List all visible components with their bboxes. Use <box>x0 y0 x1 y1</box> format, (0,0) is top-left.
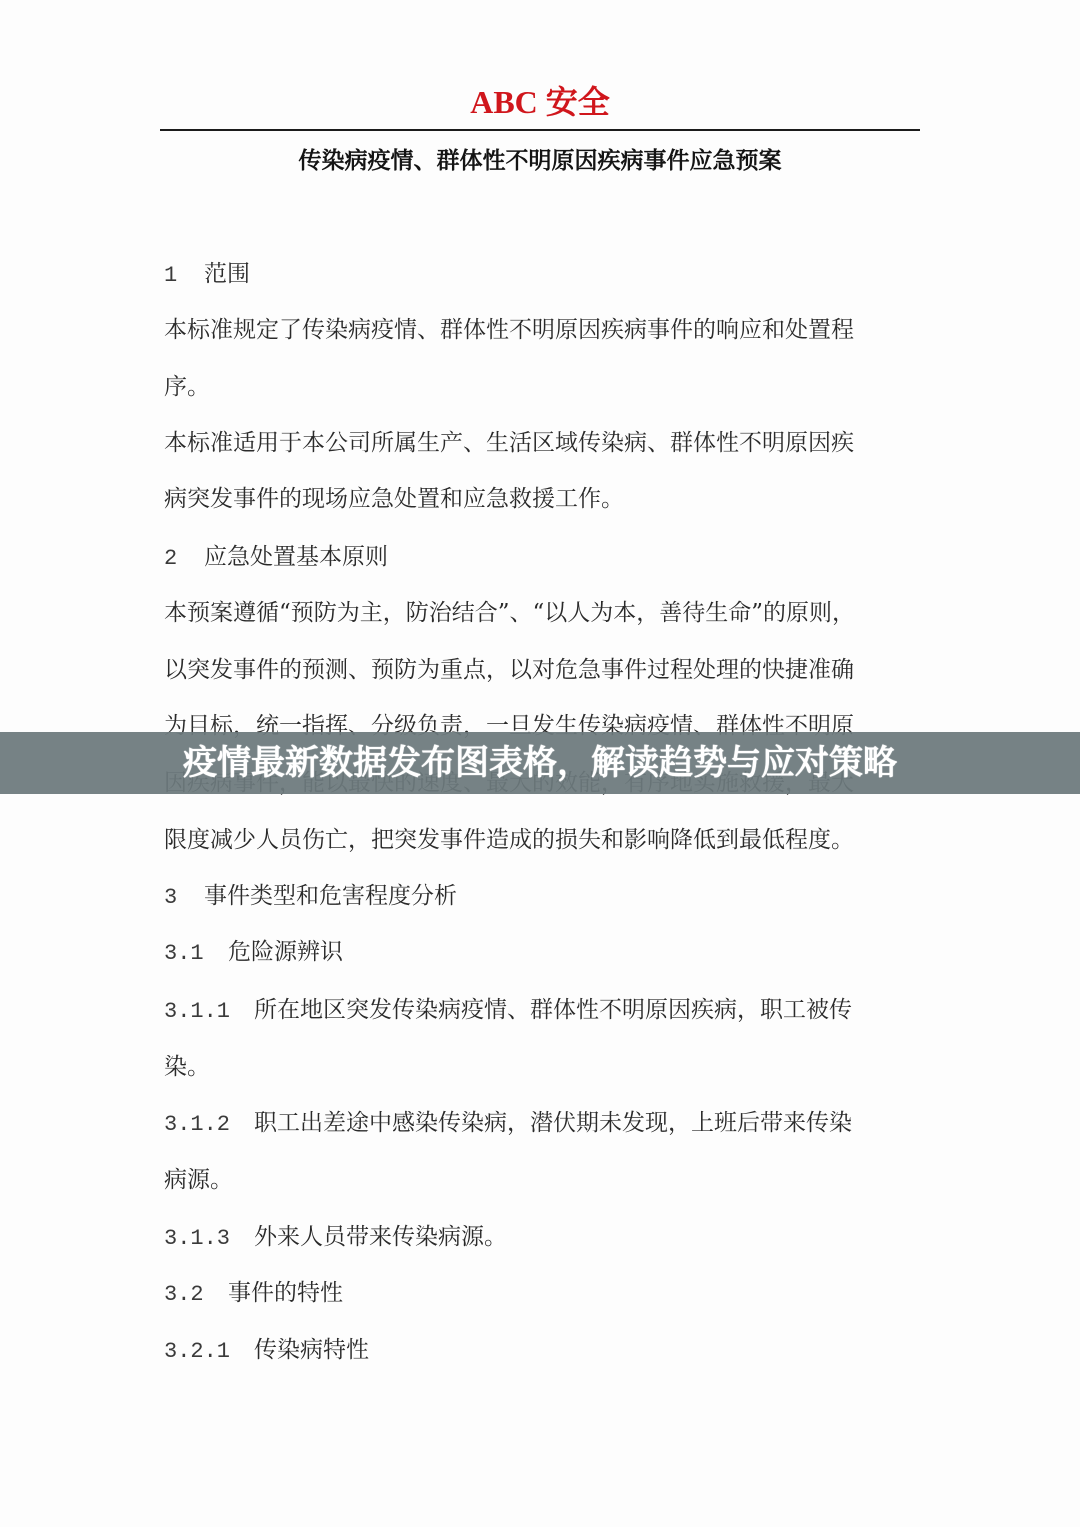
paragraph-line: 序。 <box>164 370 210 404</box>
section-number: 3 <box>164 881 204 915</box>
item-text: 所在地区突发传染病疫情、群体性不明原因疾病，职工被传 <box>254 997 852 1023</box>
banner-headline: 疫情最新数据发布图表格，解读趋势与应对策略 <box>0 732 1080 794</box>
item-number: 3.1.2 <box>164 1108 254 1142</box>
paragraph-line: 以突发事件的预测、预防为重点，以对危急事件过程处理的快捷准确 <box>164 653 854 687</box>
subsection-heading: 3.1危险源辨识 <box>164 935 343 969</box>
item-number: 3.1.1 <box>164 995 254 1029</box>
section-heading: 1范围 <box>164 257 250 291</box>
section-number: 3.2 <box>164 1278 228 1312</box>
paragraph-line: 本标准适用于本公司所属生产、生活区域传染病、群体性不明原因疾 <box>164 426 854 460</box>
section-number: 2 <box>164 542 204 576</box>
paragraph-line: 病突发事件的现场应急处置和应急救援工作。 <box>164 482 624 516</box>
section-heading: 3事件类型和危害程度分析 <box>164 879 457 913</box>
subsection-heading: 3.2事件的特性 <box>164 1276 343 1310</box>
paragraph-line: 限度减少人员伤亡，把突发事件造成的损失和影响降低到最低程度。 <box>164 823 854 857</box>
item-text: 外来人员带来传染病源。 <box>254 1224 507 1250</box>
list-item: 3.1.1所在地区突发传染病疫情、群体性不明原因疾病，职工被传 <box>164 993 852 1027</box>
section-title: 应急处置基本原则 <box>204 544 388 570</box>
paragraph-line: 染。 <box>164 1050 210 1084</box>
section-number: 3.1 <box>164 937 228 971</box>
document-title: 传染病疫情、群体性不明原因疾病事件应急预案 <box>0 143 1080 179</box>
item-number: 3.1.3 <box>164 1222 254 1256</box>
list-item: 3.1.3外来人员带来传染病源。 <box>164 1220 507 1254</box>
section-title: 危险源辨识 <box>228 939 343 965</box>
document-page: ABC 安全 传染病疫情、群体性不明原因疾病事件应急预案 1范围 本标准规定了传… <box>0 0 1080 1527</box>
item-number: 3.2.1 <box>164 1335 254 1369</box>
paragraph-line: 本预案遵循“预防为主，防治结合”、“以人为本，善待生命”的原则， <box>164 596 855 630</box>
section-title: 事件的特性 <box>228 1280 343 1306</box>
list-item: 3.2.1传染病特性 <box>164 1333 369 1367</box>
section-heading: 2应急处置基本原则 <box>164 540 388 574</box>
paragraph-line: 本标准规定了传染病疫情、群体性不明原因疾病事件的响应和处置程 <box>164 313 854 347</box>
item-text: 职工出差途中感染传染病，潜伏期未发现，上班后带来传染 <box>254 1110 852 1136</box>
section-number: 1 <box>164 259 204 293</box>
header-divider <box>160 129 920 131</box>
paragraph-line: 病源。 <box>164 1163 233 1197</box>
list-item: 3.1.2职工出差途中感染传染病，潜伏期未发现，上班后带来传染 <box>164 1106 852 1140</box>
item-text: 传染病特性 <box>254 1337 369 1363</box>
brand-logo-text: ABC 安全 <box>0 80 1080 124</box>
section-title: 范围 <box>204 261 250 287</box>
section-title: 事件类型和危害程度分析 <box>204 883 457 909</box>
